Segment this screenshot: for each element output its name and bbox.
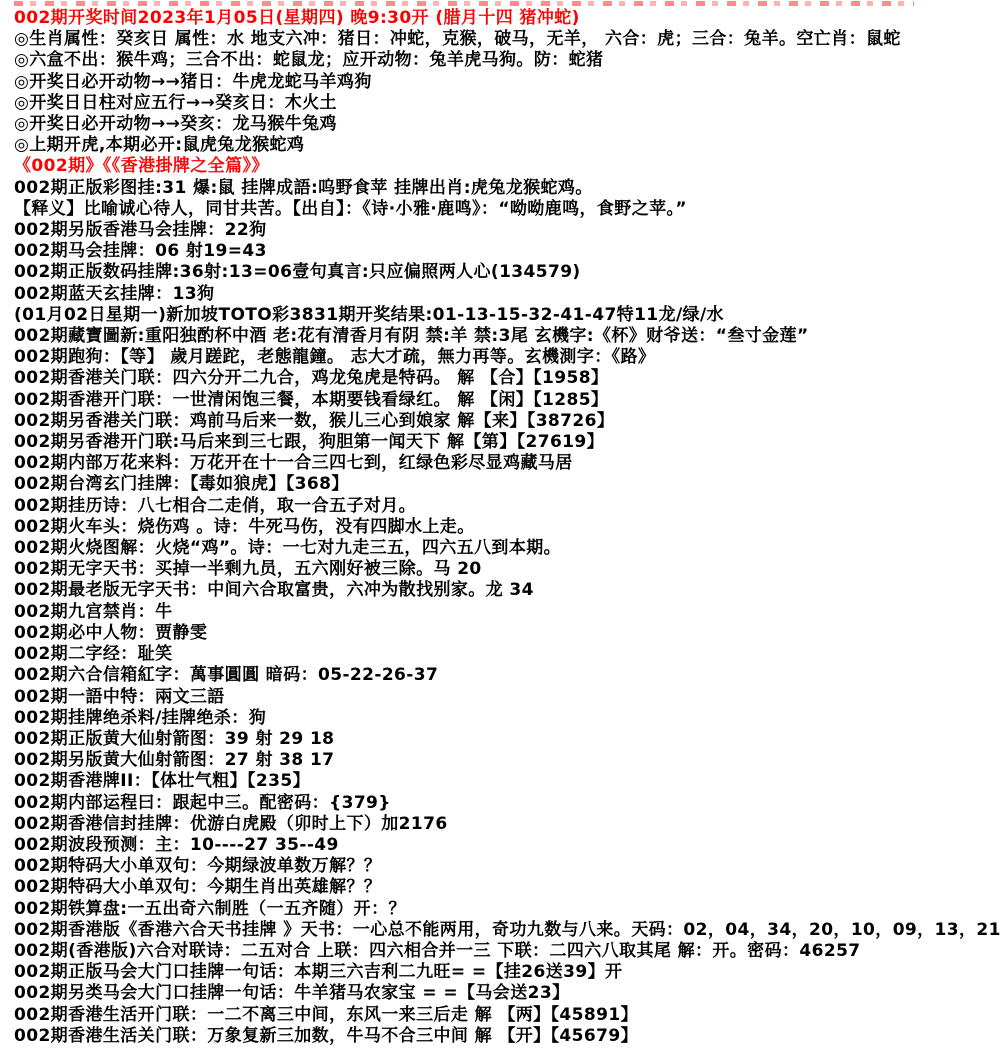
text-line: 002期火烧图解：火烧“鸡”。诗：一七对九走三五，四六五八到本期。 xyxy=(14,538,1000,559)
text-line: 002期香港开门联：一世清闲饱三餐，本期要钱看绿红。 解 【闲】【1285】 xyxy=(14,390,1000,411)
text-line: 002期蓝天玄挂牌：13狗 xyxy=(14,284,1000,305)
text-line: 002期正版彩图挂:31 爆:鼠 挂牌成語:呜野食苹 挂牌出肖:虎兔龙猴蛇鸡。 xyxy=(14,178,1000,199)
text-line: 002期无字天书：买掉一半剩九员，五六刚好被三除。马 20 xyxy=(14,559,1000,580)
text-line: 002期必中人物：贾静雯 xyxy=(14,623,1000,644)
text-line: ◎上期开虎,本期必开:鼠虎兔龙猴蛇鸡 xyxy=(14,135,1000,156)
text-line: ◎开奖日必开动物→→癸亥：龙马猴牛兔鸡 xyxy=(14,114,1000,135)
text-line: 002期另香港开门联:马后来到三七跟，狗胆第一闻天下 解【第】【27619】 xyxy=(14,432,1000,453)
text-line: 002期六合信箱紅字：萬事圓圓 暗码：05-22-26-37 xyxy=(14,665,1000,686)
text-line: 002期内部万花来料：万花开在十一合三四七到，红绿色彩尽显鸡藏马居 xyxy=(14,453,1000,474)
text-line: ◎开奖日日柱对应五行→→癸亥日：木火土 xyxy=(14,93,1000,114)
text-line: 【释义】比喻诚心待人，同甘共苦。【出自】：《诗·小雅·鹿鸣》：“呦呦鹿鸣，食野之… xyxy=(14,199,1000,220)
text-line: 002期香港生活开门联：一二不离三中间，东风一来三后走 解 【两】【45891】 xyxy=(14,1005,1000,1026)
content-lines: 002期开奖时间2023年1月05日(星期四) 晚9:30开 (腊月十四 猪冲蛇… xyxy=(14,8,1000,1047)
text-line: 002期另版香港马会挂牌：22狗 xyxy=(14,220,1000,241)
clipped-text-remnant xyxy=(14,1,914,6)
text-line: 002期另版黄大仙射箭图：27 射 38 17 xyxy=(14,750,1000,771)
heading-text-line: 002期开奖时间2023年1月05日(星期四) 晚9:30开 (腊月十四 猪冲蛇… xyxy=(14,8,1000,29)
text-line: 002期香港生活关门联：万象复新三加数，牛马不合三中间 解 【开】【45679】 xyxy=(14,1026,1000,1047)
text-line: 002期香港牌II：【体壮气粗】【235】 xyxy=(14,771,1000,792)
text-line: 002期九宫禁肖：牛 xyxy=(14,602,1000,623)
text-line: ◎六盒不出：猴牛鸡；三合不出：蛇鼠龙；应开动物：兔羊虎马狗。防：蛇猪 xyxy=(14,50,1000,71)
lottery-tip-sheet-page: 002期开奖时间2023年1月05日(星期四) 晚9:30开 (腊月十四 猪冲蛇… xyxy=(0,1,1000,1047)
text-line: 002期香港信封挂牌：优游白虎殿（卯时上下）加2176 xyxy=(14,814,1000,835)
text-line: 002期挂牌绝杀料/挂牌绝杀：狗 xyxy=(14,708,1000,729)
text-line: 002期另类马会大门口挂牌一句话：牛羊猪马农家宝 = =【马会送23】 xyxy=(14,983,1000,1004)
text-line: 002期跑狗：【等】 歲月蹉跎，老態龍鐘。 志大才疏，無力再等。玄機測字：《路》 xyxy=(14,347,1000,368)
text-line: 002期挂历诗：八七相合二走俏，取一合五子对月。 xyxy=(14,496,1000,517)
text-line: 002期铁算盘:一五出奇六制胜（一五齐随）开：？ xyxy=(14,899,1000,920)
text-line: 002期正版黄大仙射箭图：39 射 29 18 xyxy=(14,729,1000,750)
text-line: 002期特码大小单双句：今期生肖出英雄解？？ xyxy=(14,877,1000,898)
heading-text-line: 《002期》《《香港掛牌之全篇》》 xyxy=(14,156,1000,177)
text-line: 002期最老版无字天书：中间六合取富贵，六冲为散找别家。龙 34 xyxy=(14,580,1000,601)
text-line: 002期内部运程曰：跟起中三。配密码：{379} xyxy=(14,793,1000,814)
text-line: 002期另香港关门联：鸡前马后来一数，猴儿三心到娘家 解【来】【38726】 xyxy=(14,411,1000,432)
text-line: (01月02日星期一)新加坡TOTO彩3831期开奖结果:01-13-15-32… xyxy=(14,305,1000,326)
text-line: ◎生肖属性：癸亥日 属性：水 地支六冲：猪日：冲蛇，克猴，破马，无羊， 六合：虎… xyxy=(14,29,1000,50)
text-line: 002期特码大小单双句：今期绿波单数万解？？ xyxy=(14,856,1000,877)
text-line: 002期一語中特：兩文三語 xyxy=(14,687,1000,708)
text-line: 002期马会挂牌：06 射19=43 xyxy=(14,241,1000,262)
text-line: 002期火车头：烧伤鸡 。诗：牛死马伤，没有四脚水上走。 xyxy=(14,517,1000,538)
text-line: 002期香港关门联：四六分开二九合，鸡龙兔虎是特码。 解 【合】【1958】 xyxy=(14,368,1000,389)
text-line: 002期正版马会大门口挂牌一句话：本期三六吉利二九旺= =【挂26送39】开 xyxy=(14,962,1000,983)
text-line: 002期二字经：耻笑 xyxy=(14,644,1000,665)
text-line: 002期正版数码挂牌:36射:13=06壹句真言:只应偏照两人心(134579) xyxy=(14,262,1000,283)
text-line: 002期香港版《香港六合天书挂牌 》天书：一心总不能两用，奇功九数与八来。天码：… xyxy=(14,920,1000,941)
text-line: 002期(香港版)六合对联诗：二五对合 上联：四六相合并一三 下联：二四六八取其… xyxy=(14,941,1000,962)
text-line: 002期波段预测：主：10----27 35--49 xyxy=(14,835,1000,856)
text-line: 002期藏寶圖新:重阳独酌杯中酒 老:花有清香月有阴 禁:羊 禁:3尾 玄機字:… xyxy=(14,326,1000,347)
text-line: 002期台湾玄门挂牌：【毒如狼虎】【368】 xyxy=(14,474,1000,495)
text-line: ◎开奖日必开动物→→猪日：牛虎龙蛇马羊鸡狗 xyxy=(14,72,1000,93)
